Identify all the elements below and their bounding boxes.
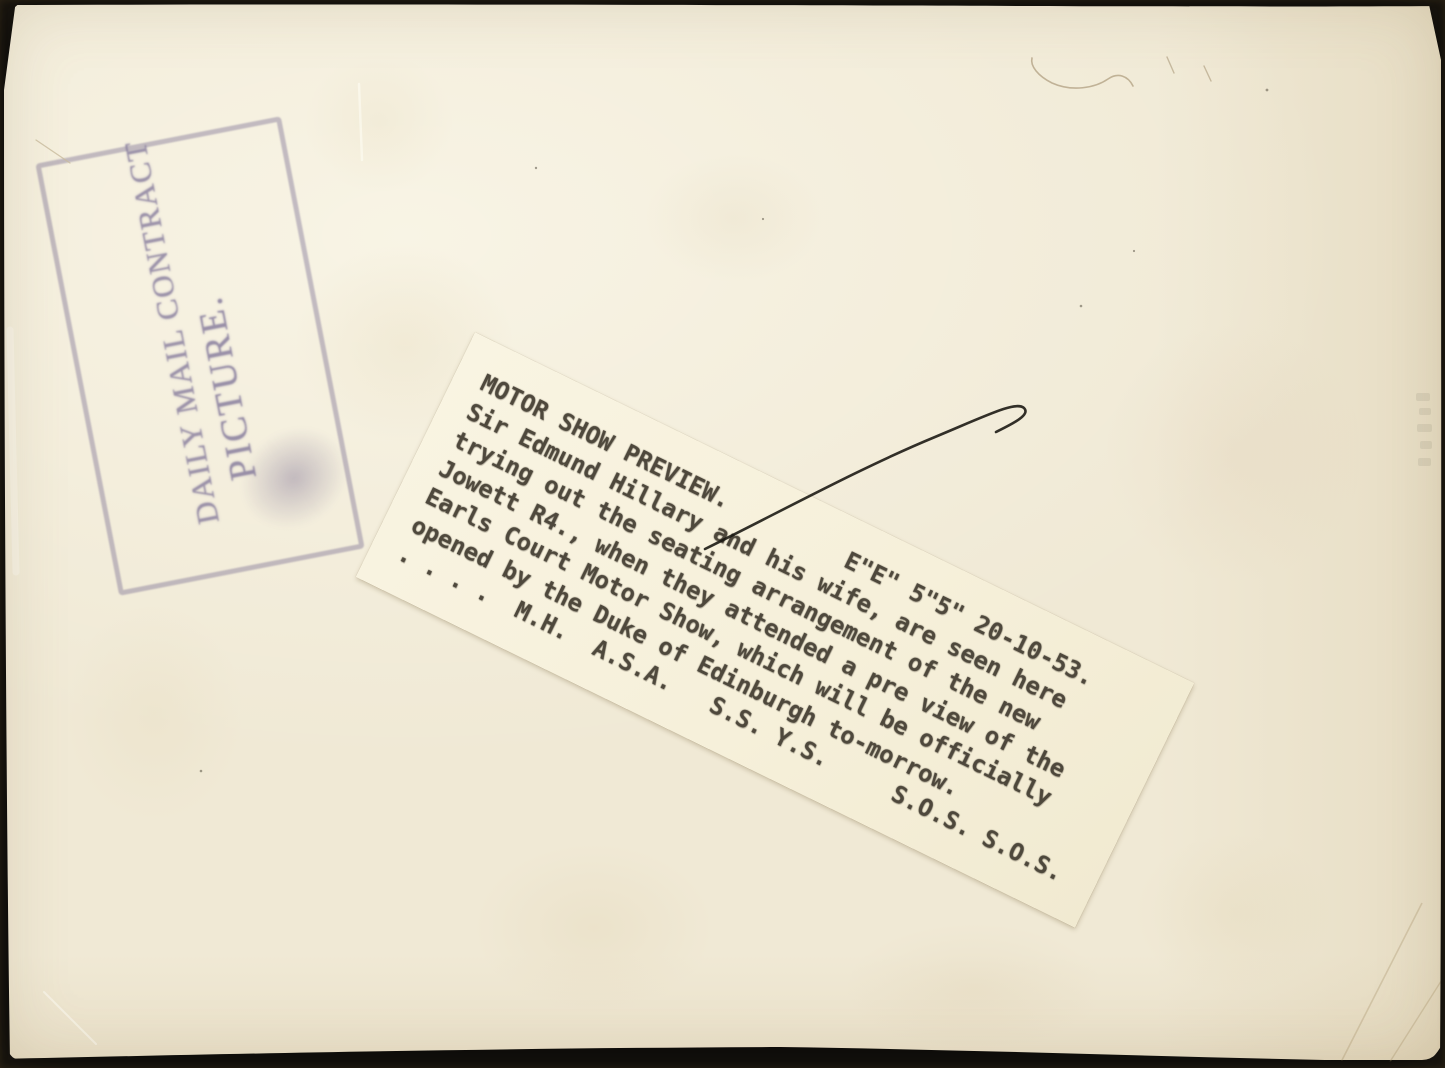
paper-stain	[644, 153, 824, 283]
paper-stain	[64, 603, 244, 823]
paper-stain	[844, 923, 1104, 1053]
paper-stain	[1134, 833, 1334, 993]
paper-stain	[1104, 323, 1364, 583]
paper-stain	[304, 53, 454, 193]
paper-stain	[474, 843, 714, 1013]
